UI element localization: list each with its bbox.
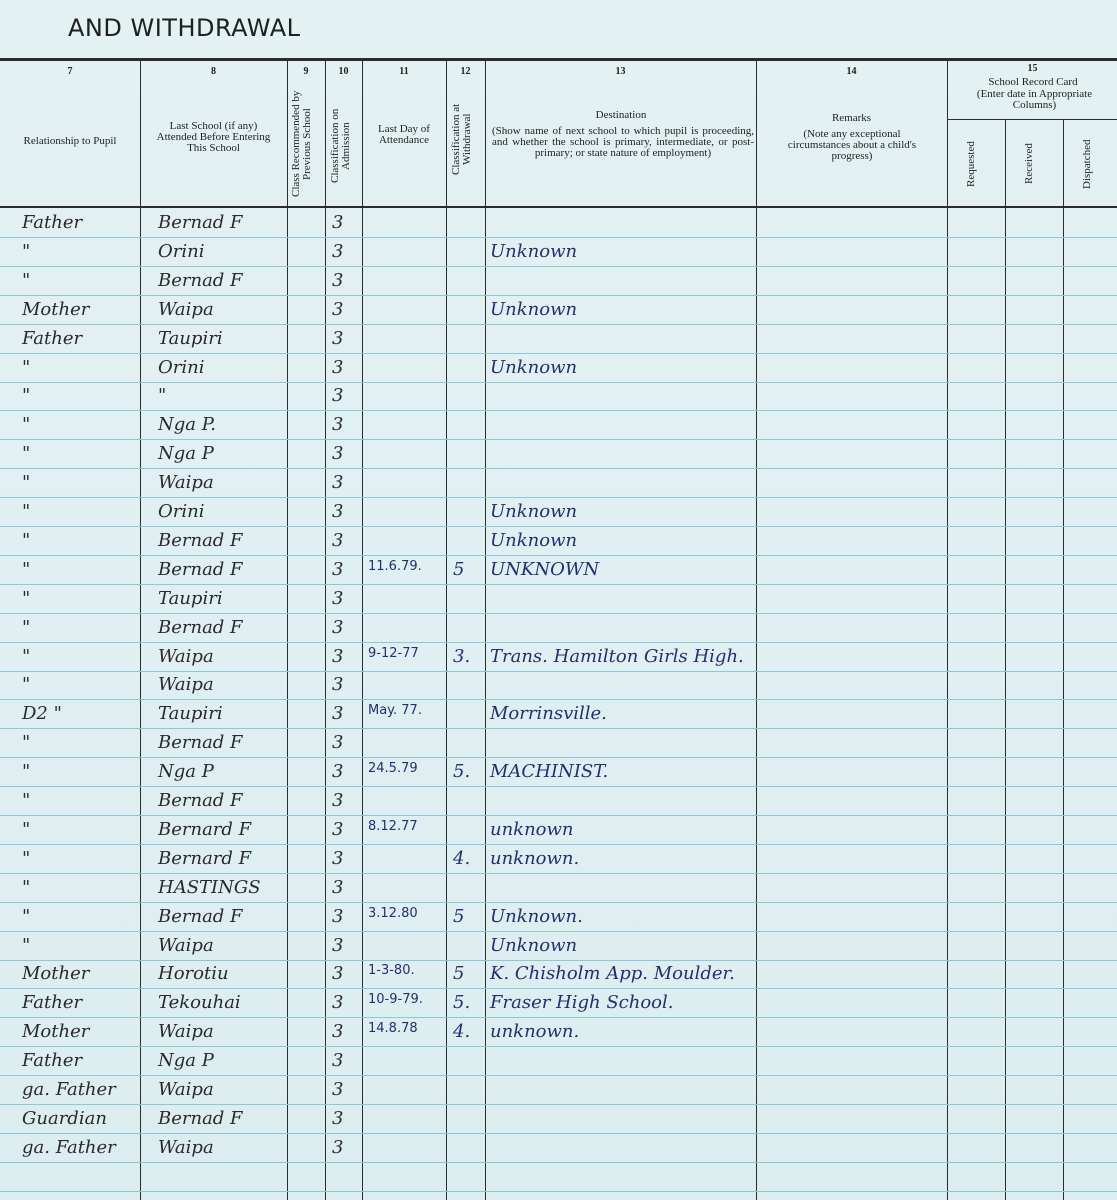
col-divider-7-8 (140, 61, 141, 1200)
last-school-cell: Bernard F (158, 848, 287, 869)
col-divider-9-10 (325, 61, 326, 1200)
col10-number: 10 (325, 66, 362, 77)
destination-cell: Unknown (490, 501, 752, 522)
ruled-line (0, 931, 1117, 932)
col-divider-12-13 (485, 61, 486, 1200)
col15-number: 15 (948, 63, 1117, 74)
relationship-cell: " (22, 617, 140, 638)
last-day-cell: 10-9-79. (368, 992, 446, 1007)
col7-header: Relationship to Pupil (20, 136, 120, 147)
class-withdrawal-cell: 5. (453, 761, 485, 782)
col9-header: Class Recommended by Previous School (291, 84, 321, 204)
destination-cell: Unknown (490, 299, 752, 320)
col14-header: Remarks (760, 113, 943, 124)
ruled-line (0, 988, 1117, 989)
ruled-line (0, 324, 1117, 325)
col13-number: 13 (485, 66, 756, 77)
last-day-cell: 3.12.80 (368, 906, 446, 921)
class-admission-cell: 3 (332, 1108, 360, 1129)
last-school-cell: HASTINGS (158, 877, 287, 898)
last-school-cell: Waipa (158, 935, 287, 956)
relationship-cell: " (22, 877, 140, 898)
col15-received-header: Received (1024, 128, 1046, 200)
destination-cell: K. Chisholm App. Moulder. (490, 963, 752, 984)
relationship-cell: " (22, 385, 140, 406)
ruled-line (0, 584, 1117, 585)
last-day-cell: 14.8.78 (368, 1021, 446, 1036)
destination-cell: Trans. Hamilton Girls High. (490, 646, 752, 667)
ruled-line (0, 786, 1117, 787)
relationship-cell: " (22, 819, 140, 840)
ruled-line (0, 671, 1117, 672)
class-admission-cell: 3 (332, 992, 360, 1013)
class-withdrawal-cell: 4. (453, 1021, 485, 1042)
relationship-cell: " (22, 761, 140, 782)
class-withdrawal-cell: 5 (453, 963, 485, 984)
col-divider-10-11 (362, 61, 363, 1200)
col13-header-note: (Show name of next school to which pupil… (492, 126, 754, 159)
header-top-rule (0, 58, 1117, 61)
relationship-cell: " (22, 559, 140, 580)
last-school-cell: Waipa (158, 1021, 287, 1042)
last-school-cell: Waipa (158, 674, 287, 695)
class-withdrawal-cell: 5. (453, 992, 485, 1013)
class-admission-cell: 3 (332, 212, 360, 233)
destination-cell: MACHINIST. (490, 761, 752, 782)
relationship-cell: " (22, 935, 140, 956)
col12-header: Classification at Withdrawal (451, 84, 479, 194)
ruled-line (0, 497, 1117, 498)
col-divider-8-9 (287, 61, 288, 1200)
col14-header-note: (Note any exceptional circumstances abou… (782, 129, 922, 162)
last-school-cell: Nga P. (158, 414, 287, 435)
ruled-line (0, 353, 1117, 354)
relationship-cell: " (22, 414, 140, 435)
ruled-line (0, 266, 1117, 267)
last-day-cell: May. 77. (368, 703, 446, 718)
ruled-line (0, 873, 1117, 874)
ruled-line (0, 295, 1117, 296)
class-admission-cell: 3 (332, 501, 360, 522)
col11-number: 11 (362, 66, 446, 77)
destination-cell: Fraser High School. (490, 992, 752, 1013)
destination-cell: Morrinsville. (490, 703, 752, 724)
register-page: AND WITHDRAWAL 7 Relationship to Pupil 8… (0, 0, 1117, 1200)
ruled-line (0, 960, 1117, 961)
class-admission-cell: 3 (332, 414, 360, 435)
ruled-line (0, 613, 1117, 614)
relationship-cell: " (22, 732, 140, 753)
relationship-cell: Father (22, 1050, 140, 1071)
destination-cell: unknown. (490, 848, 752, 869)
last-school-cell: Nga P (158, 443, 287, 464)
col12-number: 12 (446, 66, 485, 77)
destination-cell: Unknown (490, 530, 752, 551)
class-admission-cell: 3 (332, 761, 360, 782)
ruled-line (0, 468, 1117, 469)
last-school-cell: Bernad F (158, 530, 287, 551)
ruled-line (0, 1046, 1117, 1047)
class-admission-cell: 3 (332, 443, 360, 464)
destination-cell: unknown (490, 819, 752, 840)
last-school-cell: Nga P (158, 761, 287, 782)
last-school-cell: Taupiri (158, 703, 287, 724)
ruled-line (0, 844, 1117, 845)
last-school-cell: Bernad F (158, 212, 287, 233)
relationship-cell: Guardian (22, 1108, 140, 1129)
destination-cell: Unknown (490, 357, 752, 378)
relationship-cell: " (22, 270, 140, 291)
col15-requested-header: Requested (966, 128, 988, 200)
class-admission-cell: 3 (332, 674, 360, 695)
last-school-cell: Taupiri (158, 328, 287, 349)
last-school-cell: Bernad F (158, 270, 287, 291)
relationship-cell: Mother (22, 1021, 140, 1042)
class-admission-cell: 3 (332, 1079, 360, 1100)
relationship-cell: Mother (22, 299, 140, 320)
last-day-cell: 24.5.79 (368, 761, 446, 776)
class-withdrawal-cell: 3. (453, 646, 485, 667)
col-divider-11-12 (446, 61, 447, 1200)
relationship-cell: ga. Father (22, 1137, 140, 1158)
col-divider-15a-15b (1005, 119, 1006, 1200)
ruled-line (0, 410, 1117, 411)
last-school-cell: Orini (158, 241, 287, 262)
class-admission-cell: 3 (332, 906, 360, 927)
class-admission-cell: 3 (332, 270, 360, 291)
col15-header-note: (Enter date in Appropriate Columns) (962, 89, 1107, 111)
class-admission-cell: 3 (332, 1021, 360, 1042)
class-admission-cell: 3 (332, 646, 360, 667)
class-admission-cell: 3 (332, 530, 360, 551)
last-school-cell: Bernad F (158, 906, 287, 927)
relationship-cell: Father (22, 328, 140, 349)
last-school-cell: Bernad F (158, 732, 287, 753)
class-admission-cell: 3 (332, 1050, 360, 1071)
relationship-cell: " (22, 848, 140, 869)
class-admission-cell: 3 (332, 472, 360, 493)
ruled-line (0, 1104, 1117, 1105)
last-school-cell: Bernad F (158, 1108, 287, 1129)
page-title: AND WITHDRAWAL (68, 14, 301, 42)
ruled-line (0, 757, 1117, 758)
class-admission-cell: 3 (332, 963, 360, 984)
class-admission-cell: 3 (332, 357, 360, 378)
last-school-cell: Taupiri (158, 588, 287, 609)
relationship-cell: D2 " (22, 703, 140, 724)
relationship-cell: Mother (22, 963, 140, 984)
last-school-cell: Bernad F (158, 559, 287, 580)
last-school-cell: Bernad F (158, 617, 287, 638)
ruled-line (0, 555, 1117, 556)
col11-header: Last Day of Attendance (368, 124, 440, 146)
class-admission-cell: 3 (332, 299, 360, 320)
class-admission-cell: 3 (332, 935, 360, 956)
relationship-cell: " (22, 790, 140, 811)
last-school-cell: Waipa (158, 472, 287, 493)
ruled-line (0, 526, 1117, 527)
col-divider-13-14 (756, 61, 757, 1200)
class-admission-cell: 3 (332, 588, 360, 609)
relationship-cell: Father (22, 992, 140, 1013)
last-school-cell: Tekouhai (158, 992, 287, 1013)
ruled-line (0, 815, 1117, 816)
last-school-cell: Bernad F (158, 790, 287, 811)
class-admission-cell: 3 (332, 877, 360, 898)
header-bottom-rule (0, 206, 1117, 208)
relationship-cell: " (22, 646, 140, 667)
relationship-cell: " (22, 357, 140, 378)
ruled-line (0, 642, 1117, 643)
ruled-line (0, 1075, 1117, 1076)
col-divider-15b-15c (1063, 119, 1064, 1200)
class-admission-cell: 3 (332, 241, 360, 262)
destination-cell: Unknown. (490, 906, 752, 927)
relationship-cell: " (22, 906, 140, 927)
col15-dispatched-header: Dispatched (1082, 128, 1104, 200)
col14-number: 14 (756, 66, 947, 77)
relationship-cell: " (22, 501, 140, 522)
class-admission-cell: 3 (332, 848, 360, 869)
relationship-cell: ga. Father (22, 1079, 140, 1100)
class-admission-cell: 3 (332, 1137, 360, 1158)
last-school-cell: Waipa (158, 646, 287, 667)
class-admission-cell: 3 (332, 559, 360, 580)
ruled-line (0, 1017, 1117, 1018)
last-school-cell: Orini (158, 501, 287, 522)
col8-number: 8 (140, 66, 287, 77)
relationship-cell: " (22, 674, 140, 695)
class-withdrawal-cell: 5 (453, 906, 485, 927)
destination-cell: Unknown (490, 935, 752, 956)
relationship-cell: " (22, 241, 140, 262)
ruled-line (0, 902, 1117, 903)
col15-sub-rule (948, 119, 1117, 120)
last-school-cell: Bernard F (158, 819, 287, 840)
ruled-line (0, 699, 1117, 700)
ruled-line (0, 237, 1117, 238)
col10-header: Classification on Admission (330, 92, 358, 200)
col13-header: Destination (490, 110, 752, 121)
class-admission-cell: 3 (332, 819, 360, 840)
ruled-line (0, 439, 1117, 440)
ruled-line (0, 728, 1117, 729)
last-day-cell: 1-3-80. (368, 963, 446, 978)
col7-number: 7 (0, 66, 140, 77)
class-admission-cell: 3 (332, 703, 360, 724)
class-admission-cell: 3 (332, 732, 360, 753)
last-school-cell: Orini (158, 357, 287, 378)
relationship-cell: " (22, 530, 140, 551)
class-withdrawal-cell: 5 (453, 559, 485, 580)
last-school-cell: Horotiu (158, 963, 287, 984)
relationship-cell: Father (22, 212, 140, 233)
last-day-cell: 8.12.77 (368, 819, 446, 834)
last-day-cell: 9-12-77 (368, 646, 446, 661)
destination-cell: Unknown (490, 241, 752, 262)
col9-number: 9 (287, 66, 325, 77)
last-school-cell: " (158, 385, 287, 406)
last-day-cell: 11.6.79. (368, 559, 446, 574)
last-school-cell: Waipa (158, 299, 287, 320)
relationship-cell: " (22, 588, 140, 609)
destination-cell: UNKNOWN (490, 559, 752, 580)
destination-cell: unknown. (490, 1021, 752, 1042)
col-divider-14-15 (947, 61, 948, 1200)
col8-header: Last School (if any) Attended Before Ent… (150, 121, 277, 154)
ruled-line (0, 1162, 1117, 1163)
class-admission-cell: 3 (332, 617, 360, 638)
last-school-cell: Nga P (158, 1050, 287, 1071)
ruled-line (0, 382, 1117, 383)
relationship-cell: " (22, 443, 140, 464)
class-admission-cell: 3 (332, 328, 360, 349)
col15-header: School Record Card (952, 77, 1114, 88)
last-school-cell: Waipa (158, 1137, 287, 1158)
relationship-cell: " (22, 472, 140, 493)
class-admission-cell: 3 (332, 790, 360, 811)
last-school-cell: Waipa (158, 1079, 287, 1100)
ruled-line (0, 1191, 1117, 1192)
class-admission-cell: 3 (332, 385, 360, 406)
ruled-line (0, 1133, 1117, 1134)
class-withdrawal-cell: 4. (453, 848, 485, 869)
